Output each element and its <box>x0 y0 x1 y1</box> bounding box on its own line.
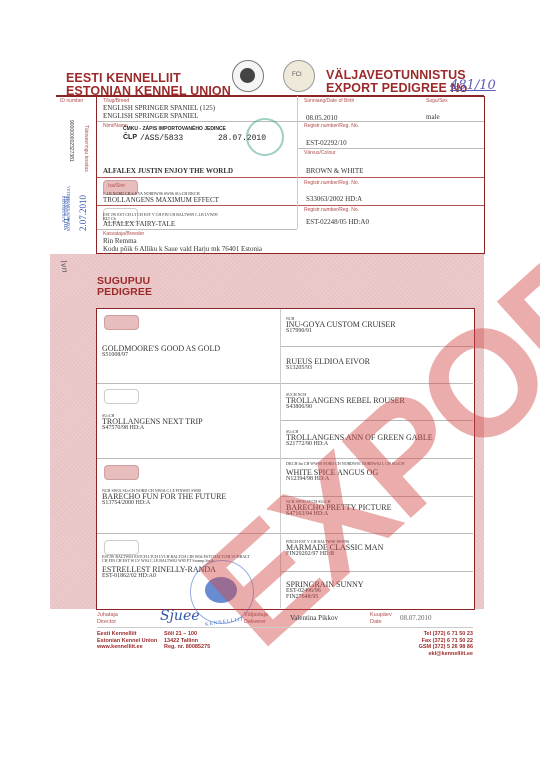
dam-name: ALFALEX FAIRY-TALE <box>103 220 175 228</box>
sire-name: TROLLANGENS MAXIMUM EFFECT <box>103 196 219 204</box>
issuer-label-et: Väljastaja <box>244 612 268 618</box>
colour-value: BROWN & WHITE <box>306 167 363 175</box>
pedigree-dam-sire: NCH SW02 SUcCH NORD CH NW04 C.I.E FINW05… <box>102 489 226 506</box>
vet-id: ESTONIA 8378 <box>61 196 66 222</box>
dog-name: ALFALEX JUSTIN ENJOY THE WORLD <box>103 167 233 175</box>
issuer-name: Valentina Pikkov <box>290 614 338 622</box>
vet-date: 2.07.2010 <box>78 195 88 231</box>
footer-org: Eesti Kennelliit Estonian Kennel Union w… <box>97 631 157 651</box>
name: TROLLANGENS NEXT TRIP <box>102 418 203 425</box>
footer-address: Sõli 21 – 100 13422 Tallinn Reg. nr. 800… <box>164 631 210 651</box>
cmku-seal-icon <box>246 118 284 156</box>
reg-value: EST-02292/10 <box>306 139 347 147</box>
name: RUEUS ELDIOA EIVOR <box>286 358 370 365</box>
id-label: ID number <box>60 98 83 104</box>
dam-titles: EST JW EST CH LT CH EST V CH FIN CH BALT… <box>103 212 218 217</box>
pedigree-grandparent: FINCH EST V CH BALTW98 JWW96 MARMADE CLA… <box>286 540 383 557</box>
doc-title-en: EXPORT PEDIGREE No <box>326 82 467 95</box>
name: MARMADE CLASSIC MAN <box>286 544 383 551</box>
tattoo-label: Tätoveeringu teostas <box>83 125 89 172</box>
pedigree-grandparent: NCH INU-GOYA CUSTOM CRUISER S17990/91 <box>286 317 396 334</box>
name: BARECHO PRETTY PICTURE <box>286 504 392 511</box>
reg-label: Registr.number/Reg. No. <box>304 123 359 129</box>
breeder-name: Rin Remma <box>103 237 137 245</box>
director-label-et: Juhataja <box>97 612 118 618</box>
pedigree-title-en: PEDIGREE <box>97 287 152 298</box>
parent-sex-tag-female <box>104 540 139 555</box>
email: ekl@kennelliit.ee <box>408 651 473 658</box>
pedigree-grandparent: NCH SW99 SVCH SUcCH BARECHO PRETTY PICTU… <box>286 500 392 517</box>
pedigree-grandparent: SUCH NCH TROLLANGENS REBEL ROUSER S43806… <box>286 393 405 410</box>
handwritten-mark: lvn <box>59 260 70 274</box>
doc-number: 481/10 <box>450 78 496 93</box>
breed-line2: ENGLISH SPRINGER SPANIEL <box>103 112 198 120</box>
sire-reg-label: Registr.number/Reg. No. <box>304 180 359 186</box>
name: INU-GOYA CUSTOM CRUISER <box>286 321 396 328</box>
pedigree-grandparent: SPRINGRAIN SUNNY EST-02496/96 FIN27648/9… <box>286 581 364 600</box>
issue-date: 08.07.2010 <box>400 614 432 622</box>
id-value: 900000002327381 <box>68 120 74 162</box>
dog-head-emblem-icon <box>232 60 264 92</box>
director-signature: Sjuee <box>160 608 200 624</box>
name: BARECHO FUN FOR THE FUTURE <box>102 493 226 500</box>
sex-value: male <box>426 113 440 121</box>
pedigree-sire-dam: SUcCH TROLLANGENS NEXT TRIP S47570/98 HD… <box>102 414 203 431</box>
sex-label: Sugu/Sex <box>426 98 448 104</box>
import-stamp-line1: ČMKU - ZÁPIS IMPORTOVANÉHO JEDINCE <box>123 126 226 132</box>
dam-reg-value: EST-02248/05 HD:A0 <box>306 218 369 226</box>
parent-sex-tag-male <box>104 315 139 330</box>
parent-sex-tag-male <box>104 465 139 480</box>
pedigree-grandparent: SUcCH TROLLANGENS ANN OF GREEN GABLE S21… <box>286 430 433 447</box>
reg-2: FIN27648/95 <box>286 594 364 600</box>
org-website: www.kennelliit.ee <box>97 644 157 651</box>
director-label-en: Director <box>97 619 116 625</box>
sire-label: Isa/Sire <box>108 183 125 189</box>
issuer-label-en: Deliverer <box>244 619 266 625</box>
sire-reg-value: S33063/2002 HD:A <box>306 195 362 203</box>
colour-label: Värvus/Colour <box>304 150 336 156</box>
name: SPRINGRAIN SUNNY <box>286 581 364 588</box>
dob-label: Sünniaeg/Date of Birth <box>304 98 354 104</box>
date-label-et: Kuupäev <box>370 612 392 618</box>
titles: DKCH Int CH WW00 NORD CH NORDW01 NORDW02… <box>286 462 404 466</box>
header-rule <box>56 95 484 97</box>
breeder-address: Kodu põik 6 Alliku k Saue vald Harju mk … <box>103 245 262 253</box>
breed-line1: ENGLISH SPRINGER SPANIEL (125) <box>103 104 215 112</box>
import-stamp-clp: ČLP <box>123 134 137 141</box>
name: WHITE SPICE ANGUS OG <box>286 469 404 476</box>
reg-number: Reg. nr. 80085275 <box>164 644 210 651</box>
pedigree-sire-sire: GOLDMOORE'S GOOD AS GOLD S51008/97 <box>102 345 220 358</box>
pedigree-grandparent: RUEUS ELDIOA EIVOR S13205/93 <box>286 358 370 371</box>
name: GOLDMOORE'S GOOD AS GOLD <box>102 345 220 352</box>
import-stamp-number: /ASS/5833 <box>140 134 183 143</box>
parent-sex-tag-female <box>104 389 139 404</box>
footer-contacts: Tel (372) 6 71 50 23 Fax (372) 6 71 50 2… <box>408 631 473 657</box>
name: TROLLANGENS REBEL ROUSER <box>286 397 405 404</box>
vet-title: VETERINARY SURGEON <box>66 186 71 231</box>
pedigree-grandparent: DKCH Int CH WW00 NORD CH NORDW01 NORDW02… <box>286 462 404 482</box>
fci-emblem-icon: FCI <box>283 60 315 92</box>
name: TROLLANGENS ANN OF GREEN GABLE <box>286 434 433 441</box>
date-label-en: Date <box>370 619 382 625</box>
dam-reg-label: Registr.number/Reg. No. <box>304 207 359 213</box>
